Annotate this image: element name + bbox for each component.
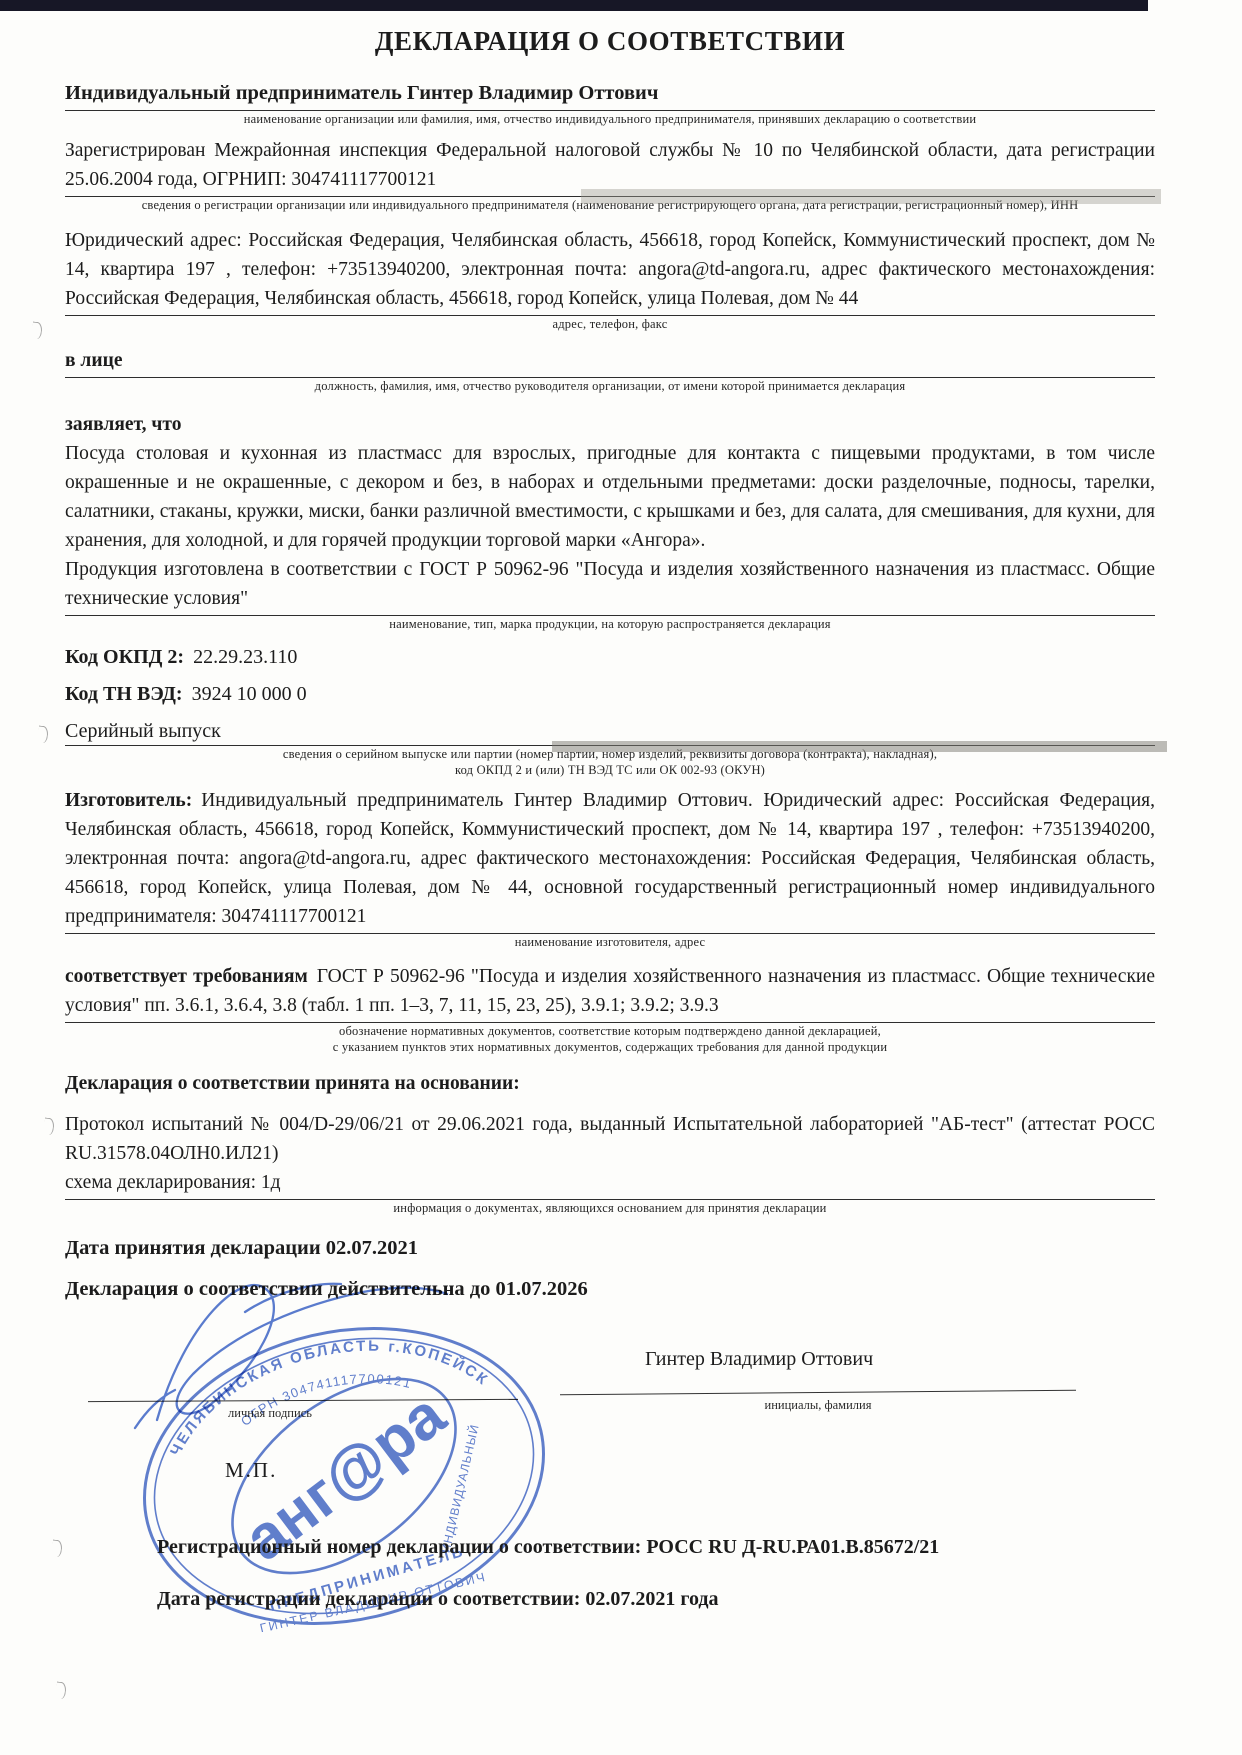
- address-caption: адрес, телефон, факс: [65, 316, 1155, 332]
- declarant-name: Индивидуальный предприниматель Гинтер Вл…: [65, 79, 1155, 111]
- compliance-caption-1: обозначение нормативных документов, соот…: [65, 1023, 1155, 1039]
- scan-artifact: [43, 1117, 55, 1135]
- name-line: [560, 1390, 1076, 1396]
- basis-heading: Декларация о соответствии принята на осн…: [65, 1069, 1155, 1098]
- tnved-code-line: Код ТН ВЭД:3924 10 000 0: [65, 683, 1155, 706]
- manufacturer-text: Индивидуальный предприниматель Гинтер Вл…: [65, 790, 1155, 927]
- compliance-label: соответствует требованиям: [65, 966, 308, 987]
- declaration-scheme: схема декларирования: 1д: [65, 1168, 1155, 1200]
- compliance-caption-2: с указанием пунктов этих нормативных док…: [65, 1039, 1155, 1055]
- address-text: Юридический адрес: Российская Федерация,…: [65, 226, 1155, 316]
- registration-text: Зарегистрирован Межрайонная инспекция Фе…: [65, 136, 1155, 197]
- product-caption: наименование, тип, марка продукции, на к…: [65, 616, 1155, 632]
- compliance-block: соответствует требованиямГОСТ Р 50962-96…: [65, 962, 1155, 1023]
- serial-caption-2: код ОКПД 2 и (или) ТН ВЭД ТС или ОК 002-…: [65, 762, 1155, 778]
- declares-label: заявляет, что: [65, 410, 1155, 439]
- name-line-caption: инициалы, фамилия: [560, 1398, 1076, 1413]
- scanned-declaration-page: ДЕКЛАРАЦИЯ О СООТВЕТСТВИИ Индивидуальный…: [0, 0, 1242, 1755]
- manufactured-per-gost: Продукция изготовлена в соответствии с Г…: [65, 555, 1155, 616]
- scan-artifact: [31, 321, 43, 339]
- okpd-code-line: Код ОКПД 2:22.29.23.110: [65, 646, 1155, 669]
- product-description: Посуда столовая и кухонная из пластмасс …: [65, 439, 1155, 555]
- signatory-name: Гинтер Владимир Оттович: [645, 1348, 873, 1371]
- declarant-caption: наименование организации или фамилия, им…: [65, 111, 1155, 127]
- okpd-label: Код ОКПД 2:: [65, 646, 184, 668]
- tnved-label: Код ТН ВЭД:: [65, 683, 183, 705]
- scan-artifact: [37, 725, 49, 743]
- test-protocol: Протокол испытаний № 004/D-29/06/21 от 2…: [65, 1110, 1155, 1168]
- company-stamp: ЧЕЛЯБИНСКАЯ ОБЛАСТЬ г.КОПЕЙСК ОГРН 30474…: [128, 1320, 560, 1632]
- in-person-label: в лице: [65, 346, 1155, 378]
- registration-date-line: Дата регистрации декларации о соответств…: [157, 1588, 719, 1611]
- tnved-value: 3924 10 000 0: [192, 683, 307, 705]
- scan-artifact: [55, 1681, 67, 1699]
- okpd-value: 22.29.23.110: [193, 646, 297, 668]
- manufacturer-label: Изготовитель:: [65, 790, 192, 811]
- manufacturer-block: Изготовитель:Индивидуальный предпринимат…: [65, 786, 1155, 934]
- manufacturer-caption: наименование изготовителя, адрес: [65, 934, 1155, 950]
- registration-number-line: Регистрационный номер декларации о соотв…: [157, 1536, 939, 1559]
- in-person-caption: должность, фамилия, имя, отчество руково…: [65, 378, 1155, 394]
- basis-caption: информация о документах, являющихся осно…: [65, 1200, 1155, 1216]
- serial-issue: Серийный выпуск: [65, 720, 1155, 746]
- document-title: ДЕКЛАРАЦИЯ О СООТВЕТСТВИИ: [65, 26, 1155, 57]
- scan-artifact: [51, 1539, 63, 1557]
